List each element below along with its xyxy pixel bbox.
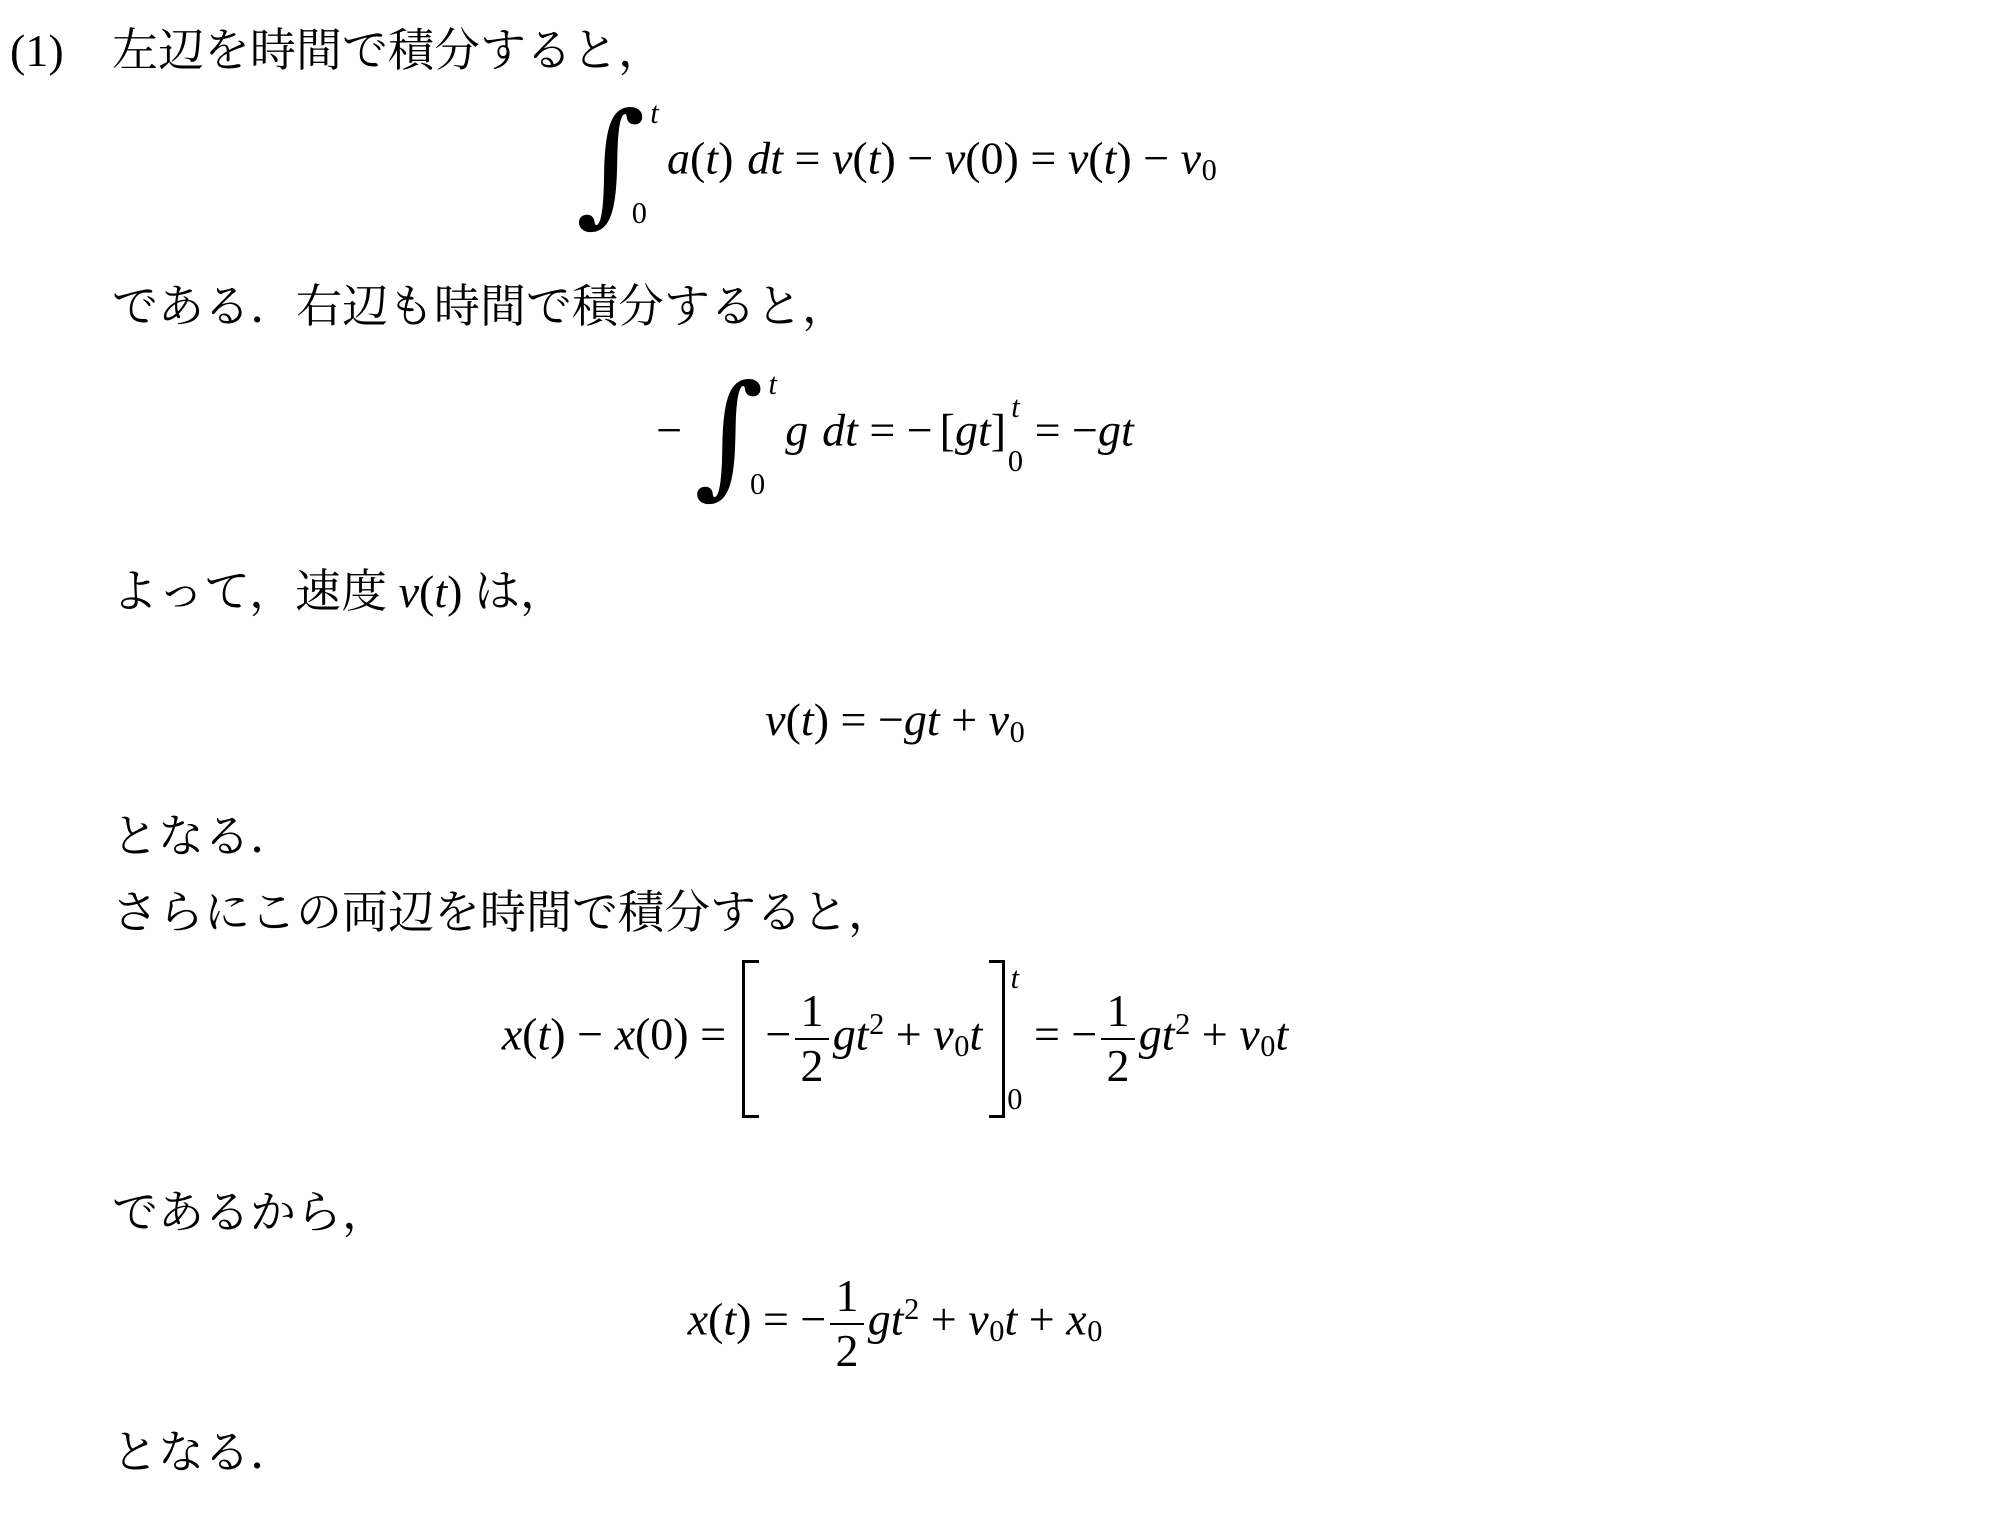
- math-roman-run: (: [852, 132, 867, 183]
- math-roman-run: −: [896, 132, 945, 183]
- math-roman-run: =: [783, 132, 832, 183]
- math-subscript: 0: [1087, 1314, 1102, 1348]
- math-roman-run: =: [689, 1008, 738, 1059]
- math-roman-run: ): [814, 694, 829, 745]
- equation-velocity: v(t) = −gt + v0: [0, 693, 1790, 750]
- equation-position-evaluation: x(t) − x(0) = −12gt2 + v0tt0 = −12gt2 + …: [0, 960, 1790, 1118]
- fraction-numerator: 1: [795, 985, 829, 1038]
- evaluation-limits: t0: [1007, 963, 1022, 1115]
- math-italic-run: g: [785, 404, 808, 455]
- math-italic-run: gt: [868, 1293, 904, 1344]
- integral-upper-limit: t: [647, 98, 662, 128]
- fraction-numerator: 1: [1101, 985, 1135, 1038]
- math-roman-run: = −: [1022, 1008, 1097, 1059]
- math-italic-run: x: [615, 1008, 635, 1059]
- math-roman-run: −: [1132, 132, 1181, 183]
- math-roman-run: (: [419, 566, 434, 617]
- evaluation-lower-limit: 0: [1007, 1084, 1022, 1114]
- math-roman-run: =: [1019, 132, 1068, 183]
- integral-with-limits: ∫t0: [694, 368, 779, 501]
- math-italic-run: t: [723, 1293, 736, 1344]
- math-italic-run: gt: [904, 694, 940, 745]
- math-italic-run: gt: [1098, 404, 1134, 455]
- integral-lower-limit: 0: [632, 198, 647, 228]
- paragraph-4: となる．: [0, 806, 2000, 868]
- paragraph-1: (1)左辺を時間で積分すると，: [0, 20, 2000, 82]
- evaluation-upper-limit: t: [1007, 963, 1022, 993]
- fraction: 12: [795, 985, 829, 1093]
- math-italic-run: t: [1004, 1293, 1017, 1344]
- math-roman-run: ): [1116, 132, 1131, 183]
- paragraph-5-text: さらにこの両辺を時間で積分すると，: [112, 887, 894, 938]
- math-italic-run: v: [1239, 1008, 1259, 1059]
- big-left-bracket-icon: [742, 960, 759, 1118]
- big-right-bracket-icon: [989, 960, 1006, 1118]
- math-roman-run: −: [566, 1008, 615, 1059]
- math-italic-run: v: [933, 1008, 953, 1059]
- math-roman-run: = −: [751, 1293, 826, 1344]
- evaluation-limits: t0: [1008, 392, 1023, 477]
- math-italic-run: v: [1181, 132, 1201, 183]
- paragraph-3-post: は，: [462, 566, 566, 617]
- paragraph-2: である．右辺も時間で積分すると，: [0, 276, 2000, 338]
- math-roman-run: (: [1088, 132, 1103, 183]
- paragraph-4-text: となる．: [112, 811, 296, 862]
- math-roman-run: ): [718, 132, 733, 183]
- math-roman-run: ): [881, 132, 896, 183]
- paragraph-3: よって，速度 v(t) は，: [0, 561, 2000, 623]
- fraction: 12: [1101, 985, 1135, 1093]
- equation-position: x(t) = −12gt2 + v0t + x0: [0, 1270, 1790, 1378]
- fraction-denominator: 2: [795, 1038, 829, 1093]
- math-italic-run: t: [705, 132, 718, 183]
- math-italic-run: v: [945, 132, 965, 183]
- math-subscript: 0: [1010, 715, 1025, 749]
- math-roman-run: (0): [965, 132, 1019, 183]
- math-italic-run: gt: [1139, 1008, 1175, 1059]
- math-roman-run: ): [550, 1008, 565, 1059]
- evaluation-lower-limit: 0: [1008, 446, 1023, 476]
- integral-limits: t0: [764, 368, 779, 501]
- item-marker: (1): [10, 20, 112, 82]
- math-subscript: 0: [1202, 153, 1217, 187]
- inline-math-velocity: v(t): [399, 566, 463, 617]
- math-roman-run: +: [884, 1008, 933, 1059]
- math-italic-run: dt: [747, 132, 783, 183]
- math-roman-run: (: [522, 1008, 537, 1059]
- math-superscript: 2: [869, 1007, 884, 1041]
- math-roman-run: (: [690, 132, 705, 183]
- math-italic-run: t: [1104, 132, 1117, 183]
- fraction-denominator: 2: [1101, 1038, 1135, 1093]
- math-italic-run: t: [538, 1008, 551, 1059]
- math-roman-run: ): [736, 1293, 751, 1344]
- integral-with-limits: ∫t0: [576, 96, 661, 229]
- math-italic-run: v: [765, 694, 785, 745]
- math-subscript: 0: [954, 1029, 969, 1063]
- math-roman-run: ]: [991, 404, 1006, 455]
- paragraph-7-text: となる．: [112, 1427, 296, 1478]
- fraction-numerator: 1: [830, 1270, 864, 1323]
- math-italic-run: dt: [822, 404, 858, 455]
- math-roman-run: +: [1017, 1293, 1066, 1344]
- math-italic-run: gt: [833, 1008, 869, 1059]
- math-italic-run: v: [989, 694, 1009, 745]
- math-roman-run: −: [765, 1008, 791, 1059]
- math-subscript: 0: [989, 1314, 1004, 1348]
- math-roman-run: (: [708, 1293, 723, 1344]
- math-italic-run: t: [868, 132, 881, 183]
- evaluation-upper-limit: t: [1008, 392, 1023, 422]
- math-superscript: 2: [1175, 1007, 1190, 1041]
- paragraph-5: さらにこの両辺を時間で積分すると，: [0, 882, 2000, 944]
- math-italic-run: x: [1066, 1293, 1086, 1344]
- math-italic-run: t: [969, 1008, 982, 1059]
- math-italic-run: v: [968, 1293, 988, 1344]
- math-roman-run: +: [940, 694, 989, 745]
- paragraph-6: であるから，: [0, 1182, 2000, 1244]
- fraction-denominator: 2: [830, 1323, 864, 1378]
- math-italic-run: a: [667, 132, 690, 183]
- math-italic-run: x: [502, 1008, 522, 1059]
- math-roman-run: (0): [635, 1008, 689, 1059]
- math-italic-run: v: [399, 566, 419, 617]
- paragraph-3-pre: よって，速度: [112, 566, 399, 617]
- paragraph-2-text: である．右辺も時間で積分すると，: [112, 281, 848, 332]
- document-page: (1)左辺を時間で積分すると， ∫t0a(t)dt = v(t) − v(0) …: [0, 0, 2000, 1532]
- integral-limits: t0: [645, 96, 660, 229]
- equation-integral-lhs: ∫t0a(t)dt = v(t) − v(0) = v(t) − v0: [0, 96, 1790, 229]
- fraction: 12: [830, 1270, 864, 1378]
- math-roman-run: −: [656, 404, 682, 455]
- math-italic-run: x: [688, 1293, 708, 1344]
- math-superscript: 2: [904, 1292, 919, 1326]
- paragraph-7: となる．: [0, 1422, 2000, 1484]
- math-italic-run: t: [801, 694, 814, 745]
- math-roman-run: +: [1190, 1008, 1239, 1059]
- math-italic-run: v: [832, 132, 852, 183]
- math-roman-run: [: [940, 404, 955, 455]
- math-italic-run: t: [1275, 1008, 1288, 1059]
- integral-lower-limit: 0: [750, 469, 765, 499]
- math-italic-run: t: [434, 566, 447, 617]
- paragraph-1-text: 左辺を時間で積分すると，: [112, 25, 664, 76]
- math-italic-run: v: [1068, 132, 1088, 183]
- math-roman-run: +: [919, 1293, 968, 1344]
- math-roman-run: = −: [1023, 404, 1098, 455]
- math-subscript: 0: [1260, 1029, 1275, 1063]
- math-roman-run: = −: [829, 694, 904, 745]
- math-roman-run: = −: [858, 404, 933, 455]
- math-roman-run: ): [447, 566, 462, 617]
- math-italic-run: gt: [955, 404, 991, 455]
- paragraph-6-text: であるから，: [112, 1187, 388, 1238]
- integral-upper-limit: t: [765, 369, 780, 399]
- equation-integral-rhs: −∫t0gdt = −[gt]t0 = −gt: [0, 368, 1790, 501]
- math-roman-run: (: [786, 694, 801, 745]
